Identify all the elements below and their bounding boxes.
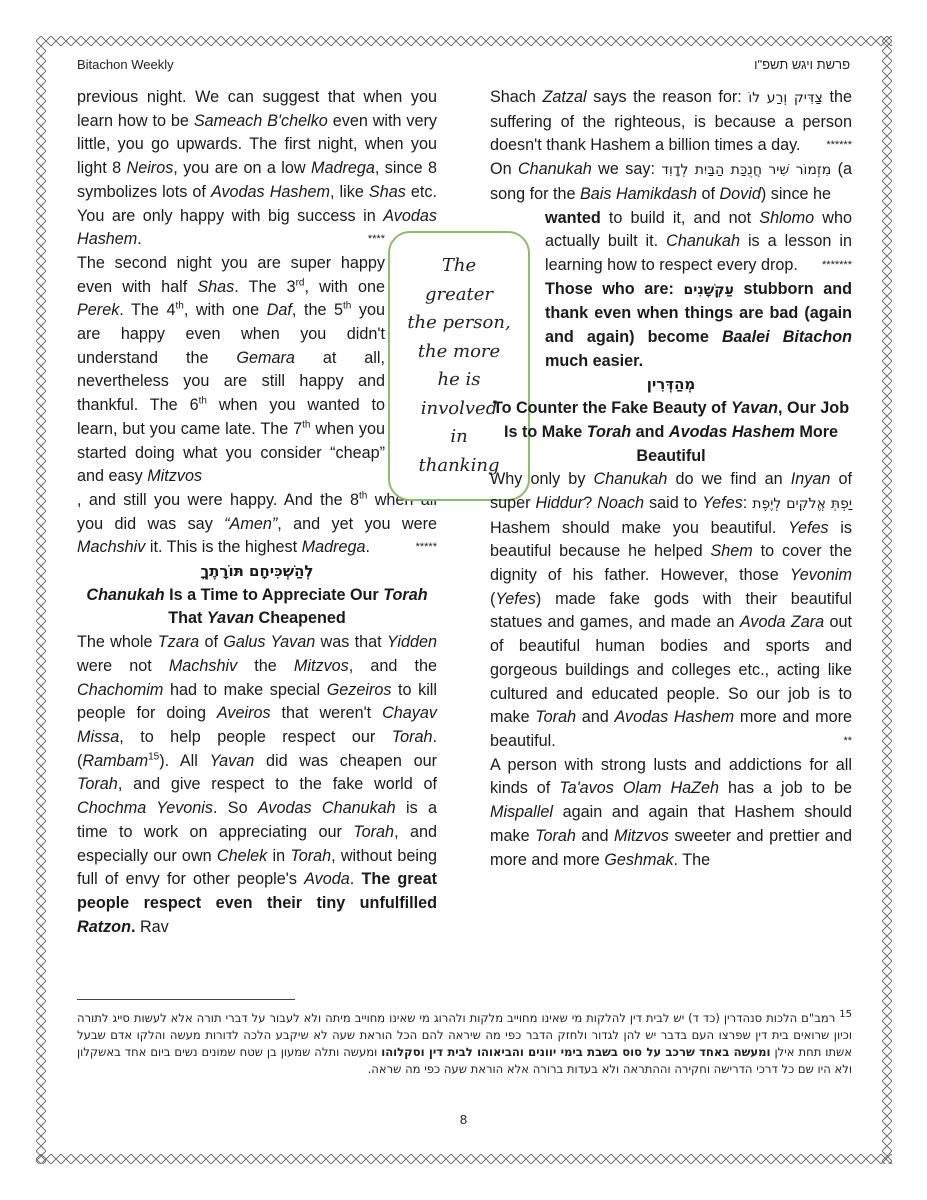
- paragraph-galus-yavan: The whole Tzara of Galus Yavan was that …: [77, 631, 437, 939]
- paragraph-intro: previous night. We can suggest that when…: [77, 86, 437, 252]
- section-heading: Chanukah Is a Time to Appreciate Our Tor…: [77, 584, 437, 631]
- header-parsha: פרשת ויגש תשפ"ו: [754, 57, 850, 72]
- section-separator-stars: ******: [826, 134, 852, 158]
- section-hebrew-heading: לְהַשְׁכִּיחָם תּוֹרָתֶךָ: [77, 560, 437, 584]
- section-separator-stars: **: [843, 730, 852, 754]
- paragraph-mizmor: On Chanukah we say: מִזְמוֹר שִׁיר חֲנֻכ…: [490, 158, 852, 206]
- section-heading: To Counter the Fake Beauty of Yavan, Our…: [490, 397, 852, 468]
- section-separator-stars: *******: [822, 254, 852, 278]
- paragraph-yefes: Why only by Chanukah do we find an Inyan…: [490, 468, 852, 753]
- section-separator-stars: *****: [416, 536, 437, 560]
- header-publication-title: Bitachon Weekly: [77, 57, 174, 72]
- right-column: Shach Zatzal says the reason for: צַדִּי…: [490, 86, 852, 872]
- paragraph-lusts: A person with strong lusts and addiction…: [490, 754, 852, 873]
- footnote-ref[interactable]: 15: [148, 751, 159, 762]
- section-separator-stars: ****: [368, 228, 385, 252]
- paragraph-stubborn: Those who are: עַקְשָׁנִים stubborn and …: [545, 278, 852, 374]
- paragraph-shach: Shach Zatzal says the reason for: צַדִּי…: [490, 86, 852, 158]
- wrapped-text-block: wanted to build it, and not Shlomo who a…: [545, 207, 852, 374]
- footnote-separator: [77, 999, 295, 1000]
- border-left: [36, 36, 46, 1164]
- left-column: previous night. We can suggest that when…: [77, 86, 437, 939]
- paragraph-wanted: wanted to build it, and not Shlomo who a…: [545, 207, 852, 278]
- footnote-number: 15: [839, 1009, 852, 1020]
- footnote-15: 15 רמב"ם הלכות סנהדרין (כד ד) יש לבית די…: [77, 1010, 852, 1078]
- border-top: [36, 36, 892, 46]
- paragraph-nights: The second night you are super happy eve…: [77, 252, 385, 489]
- page-number: 8: [0, 1112, 927, 1127]
- border-bottom: [36, 1154, 892, 1164]
- border-right: [882, 36, 892, 1164]
- section-hebrew-heading: מְהַדְּרִין: [490, 373, 852, 397]
- paragraph-nights-cont: , and still you were happy. And the 8th …: [77, 489, 437, 560]
